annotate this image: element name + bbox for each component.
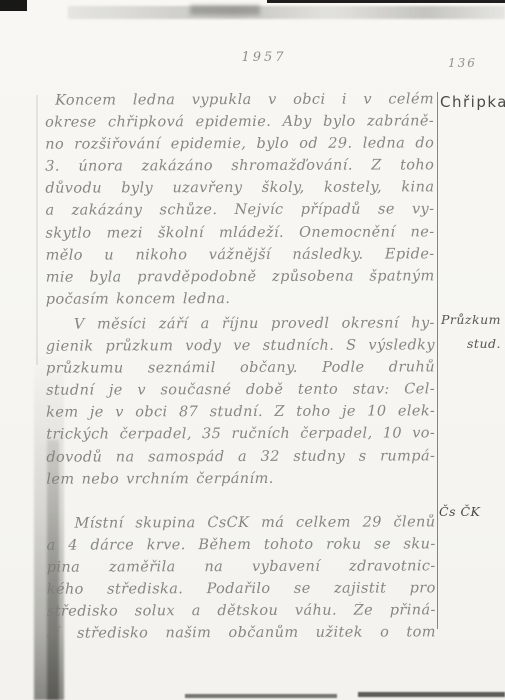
handwritten-line: kem je v obci 87 studní. Z toho je 10 el… — [46, 404, 435, 427]
paragraph: Koncem ledna vypukla v obci i v celémokr… — [45, 91, 435, 313]
handwritten-line: průzkumu seznámil občany. Podle druhů — [46, 359, 435, 382]
handwritten-line: V měsíci září a říjnu provedl okresní hy… — [46, 315, 435, 338]
page-number: 136 — [448, 56, 477, 70]
handwritten-line: důvodu byly uzavřeny školy, kostely, kin… — [45, 180, 434, 203]
handwritten-line: 3. února zakázáno shromažďování. Z toho — [45, 158, 434, 181]
paragraph: V měsíci září a říjnu provedl okresní hy… — [46, 315, 436, 493]
handwritten-line: Místní skupina ČsČK má celkem 29 členů — [47, 514, 436, 537]
handwritten-line: mie byla pravděpodobně způsobena špatným — [46, 268, 435, 291]
handwritten-line: trických čerpadel, 35 ručních čerpadel, … — [46, 426, 435, 449]
paragraph: Místní skupina ČsČK má celkem 29 členůa … — [47, 514, 436, 648]
scan-artifact-top-blob — [190, 5, 260, 15]
scan-artifact-top-edge-line — [267, 0, 505, 3]
handwritten-line: středisko solux a dětskou váhu. Že přiná… — [47, 602, 436, 625]
handwritten-line: a 4 dárce krve. Během tohoto roku se sku… — [47, 536, 436, 559]
handwritten-line: gienik průzkum vody ve studních. S výsle… — [46, 337, 435, 360]
handwritten-line: okrese chřipková epidemie. Aby bylo zabr… — [45, 113, 434, 136]
handwritten-line: kého střediska. Podařilo se zajistit pro — [47, 580, 436, 603]
handwritten-line: mělo u nikoho vážnější následky. Epide- — [46, 246, 435, 269]
handwritten-line: Koncem ledna vypukla v obci i v celém — [45, 91, 434, 114]
scan-artifact-top-left-block — [0, 0, 27, 11]
margin-note: Průzkum — [441, 312, 501, 327]
margin-note: Čs ČK — [439, 504, 480, 519]
scan-artifact-bottom-line-left — [185, 694, 337, 698]
margin-rule — [437, 92, 438, 629]
handwritten-line: lem nebo vrchním čerpáním. — [46, 470, 435, 493]
scanned-chronicle-page: 1957 136 ChřipkaPrůzkumstud.Čs ČK Koncem… — [0, 0, 505, 700]
handwritten-line: ší středisko našim občanům užitek o tom — [47, 624, 436, 647]
margin-note: Chřipka — [440, 93, 505, 111]
body-text: Koncem ledna vypukla v obci i v celémokr… — [45, 91, 436, 648]
scan-artifact-left-edge — [36, 95, 38, 365]
handwritten-line: pina zaměřila na vybavení zdravotnic- — [47, 558, 436, 581]
handwritten-line: studní je v současné době tento stav: Ce… — [46, 382, 435, 405]
handwritten-line: no rozšiřování epidemie, bylo od 29. led… — [45, 136, 434, 159]
handwritten-line: a zakázány schůze. Nejvíc případů se vy- — [45, 202, 434, 225]
handwritten-line: počasím koncem ledna. — [46, 290, 435, 313]
header-year: 1957 — [228, 50, 300, 65]
handwritten-line: skytlo mezi školní mládeží. Onemocnění n… — [45, 224, 434, 247]
scan-artifact-bottom-line-right — [358, 692, 505, 697]
scan-artifact-top-streak — [68, 6, 505, 19]
handwritten-line: dovodů na samospád a 32 studny s rumpá- — [46, 448, 435, 471]
margin-note: stud. — [467, 336, 501, 351]
